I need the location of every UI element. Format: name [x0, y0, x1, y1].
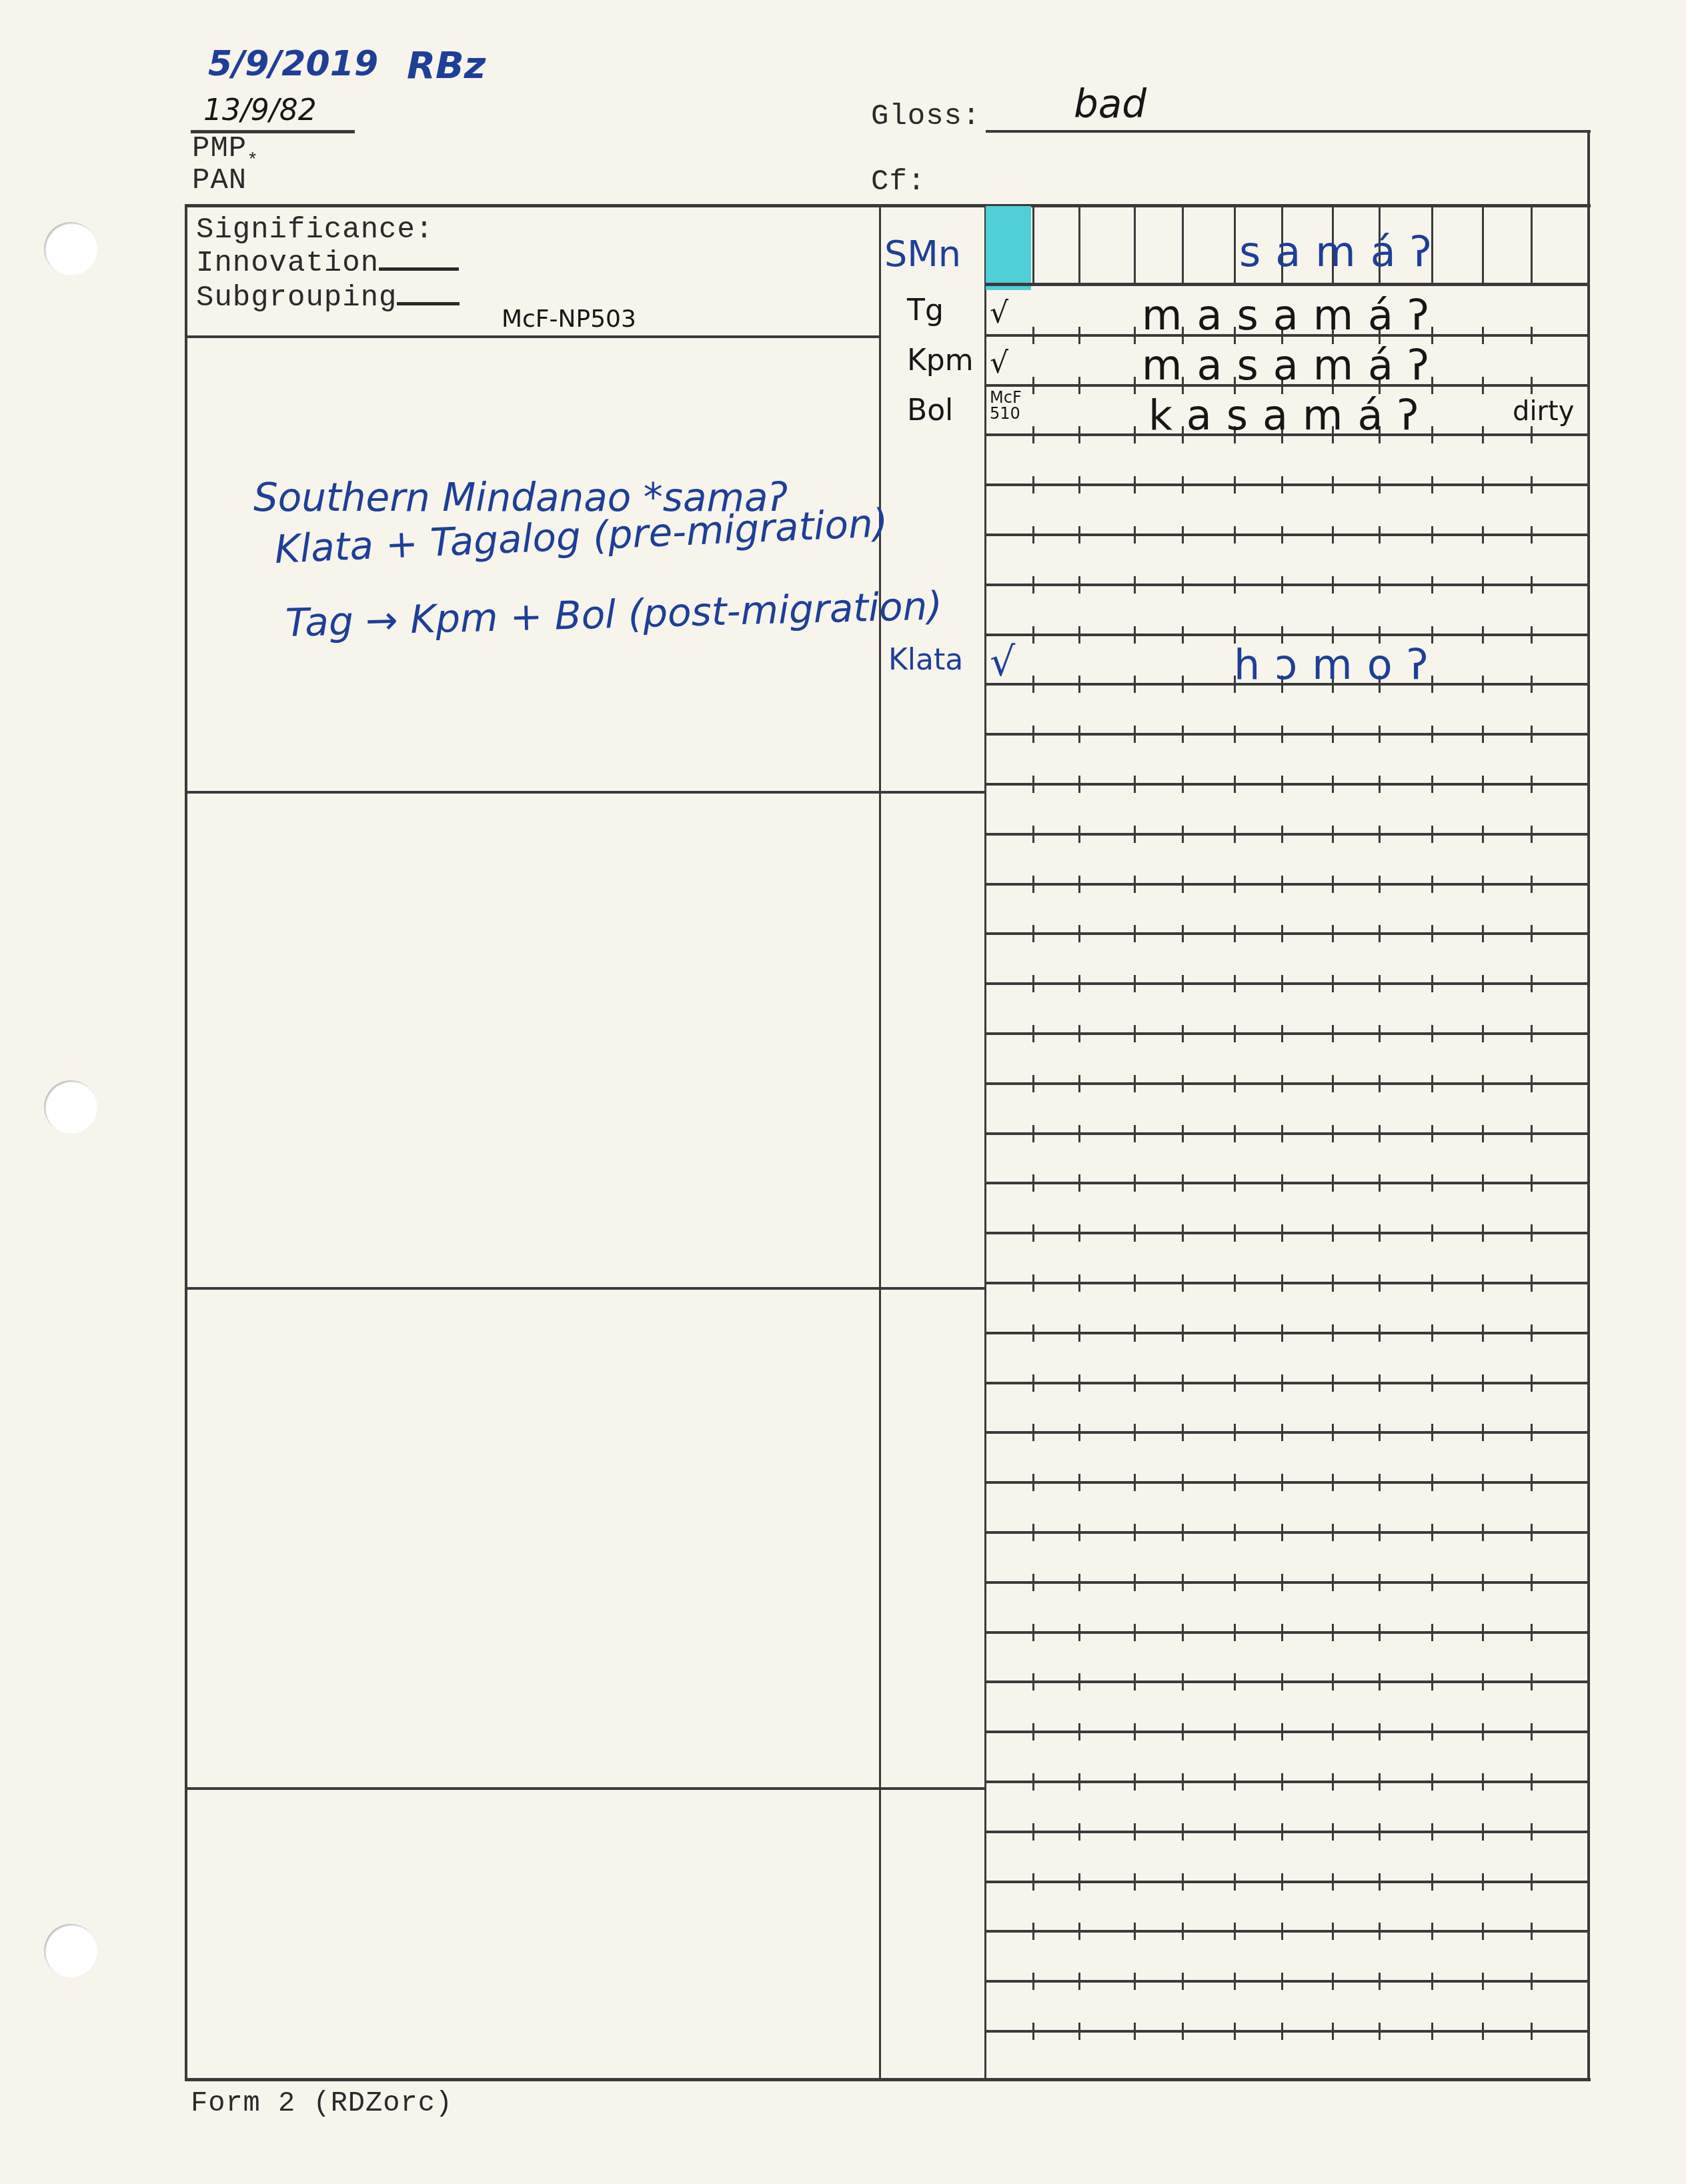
grid-tick: [1234, 1474, 1236, 1491]
grid-tick: [1032, 975, 1034, 992]
grid-tick: [1531, 1873, 1533, 1891]
grid-tick: [1032, 476, 1034, 493]
grid-tick: [1032, 1025, 1034, 1042]
grid-tick: [1234, 1374, 1236, 1392]
grid-tick: [1234, 526, 1236, 543]
grid-tick: [1281, 476, 1283, 493]
grid-tick: [1032, 1574, 1034, 1591]
grid-row-line: [986, 733, 1589, 736]
grid-tick: [1379, 726, 1381, 743]
grid-tick: [1182, 876, 1184, 893]
grid-tick: [1032, 526, 1034, 543]
grid-tick: [1531, 826, 1533, 843]
grid-tick: [1332, 1424, 1334, 1441]
grid-tick: [1134, 1274, 1136, 1292]
grid-tick: [1078, 1474, 1080, 1491]
grid-tick: [1032, 1075, 1034, 1092]
grid-tick: [1431, 1574, 1433, 1591]
grid-tick: [1182, 1973, 1184, 1990]
grid-tick: [1234, 1973, 1236, 1990]
grid-tick: [1078, 876, 1080, 893]
grid-tick: [1234, 1025, 1236, 1042]
grid-tick: [1032, 1524, 1034, 1541]
grid-tick: [1482, 1624, 1484, 1641]
grid-row-line: [986, 1082, 1589, 1085]
grid-tick: [1281, 1773, 1283, 1791]
grid-tick: [1234, 1873, 1236, 1891]
grid-tick: [1379, 925, 1381, 942]
innovation-label: Innovation: [196, 247, 459, 280]
grid-tick: [1281, 1374, 1283, 1392]
grid-tick: [1032, 2023, 1034, 2040]
grid-tick: [1032, 1274, 1034, 1292]
language-label: Kpm: [907, 343, 974, 377]
grid-tick: [1078, 626, 1080, 644]
gloss-value[interactable]: bad: [1074, 81, 1146, 127]
grid-row-line: [986, 1930, 1589, 1933]
grid-tick: [1482, 576, 1484, 594]
grid-tick: [1182, 1374, 1184, 1392]
grid-tick: [1431, 1923, 1433, 1940]
punch-hole-top: [44, 222, 97, 275]
grid-tick: [1531, 1075, 1533, 1092]
grid-header-bottom: [984, 283, 1589, 286]
grid-tick: [1032, 1624, 1034, 1641]
grid-tick: [1431, 576, 1433, 594]
grid-tick: [1531, 726, 1533, 743]
grid-tick: [1032, 925, 1034, 942]
grid-tick: [1182, 1823, 1184, 1841]
grid-tick: [1531, 626, 1533, 644]
grid-tick: [1032, 1823, 1034, 1841]
grid-tick: [1379, 1624, 1381, 1641]
grid-tick: [1431, 2023, 1433, 2040]
grid-tick: [1332, 925, 1334, 942]
grid-tick: [1281, 1723, 1283, 1741]
grid-tick: [1182, 1574, 1184, 1591]
grid-tick: [1078, 726, 1080, 743]
reflex-form[interactable]: masamáʔ: [1142, 291, 1444, 339]
grid-tick: [1134, 377, 1136, 394]
grid-tick: [1078, 1125, 1080, 1142]
grid-tick: [1482, 626, 1484, 644]
grid-tick: [1234, 975, 1236, 992]
grid-tick: [1182, 476, 1184, 493]
grid-tick: [1234, 826, 1236, 843]
note-line-3: Tag → Kpm + Bol (post-migration): [285, 583, 943, 646]
grid-tick: [1332, 1673, 1334, 1691]
grid-tick: [1482, 1075, 1484, 1092]
language-label: Klata: [888, 643, 963, 677]
grid-tick: [1379, 1723, 1381, 1741]
grid-tick: [1032, 676, 1034, 693]
grid-tick: [1482, 476, 1484, 493]
grid-tick: [1379, 1174, 1381, 1192]
grid-tick: [1182, 826, 1184, 843]
grid-tick: [1431, 1973, 1433, 1990]
reflex-form[interactable]: hɔmoʔ: [1234, 640, 1443, 689]
grid-row-line: [986, 1631, 1589, 1634]
grid-tick: [1182, 975, 1184, 992]
grid-tick: [1134, 1474, 1136, 1491]
grid-tick: [1281, 1524, 1283, 1541]
grid-tick: [1531, 1524, 1533, 1541]
grid-tick: [1482, 876, 1484, 893]
grid-row-line: [986, 1581, 1589, 1584]
frame-bottom: [185, 2078, 1591, 2081]
grid-tick: [1431, 1324, 1433, 1342]
grid-tick: [1431, 1474, 1433, 1491]
grid-tick: [1078, 1524, 1080, 1541]
grid-tick: [1134, 526, 1136, 543]
grid-tick: [1134, 1075, 1136, 1092]
grid-tick: [1431, 1174, 1433, 1192]
grid-row-line: [986, 1481, 1589, 1484]
grid-tick: [1332, 1075, 1334, 1092]
grid-tick: [1531, 1424, 1533, 1441]
language-label: Tg: [907, 293, 944, 327]
grid-tick: [1078, 1574, 1080, 1591]
grid-tick: [1134, 1574, 1136, 1591]
grid-tick: [1134, 1374, 1136, 1392]
grid-tick: [1134, 1773, 1136, 1791]
grid-tick: [1032, 1374, 1034, 1392]
grid-row-line: [986, 932, 1589, 935]
grid-tick: [1332, 1524, 1334, 1541]
gloss-underline: [986, 130, 1591, 133]
grid-tick: [1182, 1274, 1184, 1292]
grid-row-line: [986, 1881, 1589, 1883]
grid-tick: [1531, 1624, 1533, 1641]
grid-tick: [1234, 1574, 1236, 1591]
grid-tick: [1281, 1624, 1283, 1641]
grid-tick: [1431, 1823, 1433, 1841]
grid-tick: [1182, 1324, 1184, 1342]
grid-tick: [1379, 1274, 1381, 1292]
grid-tick: [1531, 1973, 1533, 1990]
grid-tick: [1078, 1424, 1080, 1441]
grid-tick: [1032, 1973, 1034, 1990]
grid-tick: [1134, 1723, 1136, 1741]
grid-tick: [1182, 1873, 1184, 1891]
grid-tick: [1431, 876, 1433, 893]
grid-tick: [1379, 1923, 1381, 1940]
grid-tick: [1431, 1125, 1433, 1142]
grid-tick: [1531, 876, 1533, 893]
grid-tick: [1078, 1673, 1080, 1691]
grid-tick: [1134, 876, 1136, 893]
grid-tick: [1379, 876, 1381, 893]
grid-tick: [1482, 1424, 1484, 1441]
grid-tick: [1134, 1524, 1136, 1541]
grid-tick: [1182, 2023, 1184, 2040]
grid-tick: [1078, 1873, 1080, 1891]
grid-row-line: [986, 634, 1589, 636]
grid-tick: [1134, 1873, 1136, 1891]
grid-tick: [1032, 1673, 1034, 1691]
handwritten-initials: RBz: [407, 44, 486, 87]
grid-tick: [1332, 1324, 1334, 1342]
grid-tick: [1482, 1174, 1484, 1192]
significance-reference: McF-NP503: [502, 305, 636, 333]
grid-tick: [1078, 1923, 1080, 1940]
section-divider-1: [185, 791, 985, 794]
grid-tick: [1531, 1673, 1533, 1691]
grid-tick: [1182, 1474, 1184, 1491]
grid-tick: [1234, 1673, 1236, 1691]
grid-tick: [1332, 1624, 1334, 1641]
grid-tick: [1234, 1125, 1236, 1142]
grid-tick: [1332, 1374, 1334, 1392]
grid-tick: [1482, 1025, 1484, 1042]
grid-tick: [1482, 1773, 1484, 1791]
grid-tick: [1134, 1973, 1136, 1990]
pan-label: PAN: [192, 164, 247, 197]
grid-tick: [1379, 1524, 1381, 1541]
grid-tick: [1332, 726, 1334, 743]
grid-tick: [1482, 526, 1484, 543]
header-cell-divider: [1182, 206, 1184, 284]
grid-tick: [1134, 726, 1136, 743]
grid-tick: [1032, 1873, 1034, 1891]
grid-tick: [1482, 2023, 1484, 2040]
source-reference: McF 510: [990, 389, 1030, 421]
grid-tick: [1531, 1274, 1533, 1292]
grid-tick: [1182, 676, 1184, 693]
label-column-left-divider: [879, 204, 881, 2079]
grid-tick: [1281, 1574, 1283, 1591]
grid-tick: [1078, 576, 1080, 594]
grid-tick: [1032, 1723, 1034, 1741]
grid-tick: [1234, 1524, 1236, 1541]
grid-tick: [1281, 876, 1283, 893]
grid-tick: [1379, 1873, 1381, 1891]
grid-tick: [1032, 327, 1034, 344]
grid-tick: [1431, 1224, 1433, 1242]
grid-tick: [1281, 1174, 1283, 1192]
grid-tick: [1078, 1224, 1080, 1242]
grid-row-line: [986, 2030, 1589, 2033]
grid-tick: [1379, 826, 1381, 843]
grid-row-line: [986, 1731, 1589, 1733]
grid-row-line: [986, 533, 1589, 536]
grid-tick: [1379, 1673, 1381, 1691]
handwritten-date: 5/9/2019: [208, 44, 378, 84]
grid-tick: [1134, 1174, 1136, 1192]
grid-tick: [1134, 776, 1136, 793]
grid-tick: [1078, 1823, 1080, 1841]
reflex-form[interactable]: kasamáʔ: [1148, 391, 1433, 439]
grid-tick: [1379, 1324, 1381, 1342]
grid-tick: [1332, 1474, 1334, 1491]
grid-tick: [1431, 526, 1433, 543]
grid-tick: [1234, 925, 1236, 942]
grid-tick: [1482, 377, 1484, 394]
grid-tick: [1531, 2023, 1533, 2040]
grid-tick: [1182, 776, 1184, 793]
grid-tick: [1032, 626, 1034, 644]
typed-date-value: 13/9/82: [203, 93, 317, 127]
grid-tick: [1482, 1274, 1484, 1292]
grid-tick: [1531, 1125, 1533, 1142]
grid-tick: [1234, 1224, 1236, 1242]
grid-tick: [1332, 1224, 1334, 1242]
grid-tick: [1531, 1923, 1533, 1940]
grid-tick: [1379, 1973, 1381, 1990]
grid-tick: [1182, 576, 1184, 594]
grid-tick: [1032, 1773, 1034, 1791]
grid-tick: [1431, 476, 1433, 493]
grid-tick: [1234, 1923, 1236, 1940]
subgrouping-blank[interactable]: [397, 282, 460, 305]
reflex-form[interactable]: masamáʔ: [1142, 341, 1444, 389]
grid-tick: [1134, 426, 1136, 443]
grid-tick: [1078, 1723, 1080, 1741]
grid-row-line: [986, 1132, 1589, 1135]
grid-tick: [1482, 1673, 1484, 1691]
grid-tick: [1431, 1624, 1433, 1641]
grid-row-line: [986, 1382, 1589, 1384]
grid-tick: [1281, 1025, 1283, 1042]
grid-tick: [1531, 1374, 1533, 1392]
grid-tick: [1281, 826, 1283, 843]
grid-tick: [1078, 327, 1080, 344]
grid-tick: [1032, 826, 1034, 843]
grid-tick: [1431, 1075, 1433, 1092]
grid-tick: [1431, 1025, 1433, 1042]
grid-tick: [1032, 1224, 1034, 1242]
grid-tick: [1182, 1224, 1184, 1242]
grid-tick: [1032, 377, 1034, 394]
grid-tick: [1332, 1025, 1334, 1042]
grid-tick: [1078, 476, 1080, 493]
grid-tick: [1482, 1125, 1484, 1142]
grid-tick: [1531, 476, 1533, 493]
grid-tick: [1134, 1624, 1136, 1641]
grid-tick: [1332, 876, 1334, 893]
grid-tick: [1234, 876, 1236, 893]
grid-tick: [1379, 1474, 1381, 1491]
highlighter-mark: [986, 206, 1031, 290]
grid-tick: [1332, 776, 1334, 793]
header-cell-divider: [1032, 206, 1034, 284]
grid-tick: [1332, 1274, 1334, 1292]
grid-tick: [1531, 327, 1533, 344]
grid-tick: [1234, 476, 1236, 493]
grid-tick: [1078, 826, 1080, 843]
reflex-form[interactable]: samáʔ: [1239, 227, 1446, 276]
grid-row-line: [986, 1332, 1589, 1334]
grid-row-line: [986, 1032, 1589, 1035]
grid-tick: [1332, 1174, 1334, 1192]
grid-tick: [1234, 1723, 1236, 1741]
grid-tick: [1234, 1424, 1236, 1441]
grid-tick: [1482, 676, 1484, 693]
grid-tick: [1134, 1025, 1136, 1042]
grid-tick: [1379, 576, 1381, 594]
grid-tick: [1078, 377, 1080, 394]
grid-tick: [1431, 1723, 1433, 1741]
grid-tick: [1281, 1125, 1283, 1142]
grid-tick: [1379, 1374, 1381, 1392]
punch-hole-middle: [44, 1080, 97, 1134]
grid-tick: [1482, 1873, 1484, 1891]
subgrouping-text: Subgrouping: [196, 281, 397, 315]
grid-tick: [1182, 1524, 1184, 1541]
grid-tick: [1234, 1773, 1236, 1791]
grid-tick: [1379, 1224, 1381, 1242]
grid-tick: [1032, 1174, 1034, 1192]
grid-row-line: [986, 1282, 1589, 1284]
grid-row-line: [986, 1980, 1589, 1983]
grid-tick: [1182, 726, 1184, 743]
grid-tick: [1281, 726, 1283, 743]
grid-tick: [1182, 1673, 1184, 1691]
header-cell-divider: [1234, 206, 1236, 284]
checkmark-icon: √: [990, 346, 1008, 380]
grid-tick: [1281, 526, 1283, 543]
grid-tick: [1032, 876, 1034, 893]
grid-tick: [1078, 1324, 1080, 1342]
grid-tick: [1332, 476, 1334, 493]
grid-tick: [1482, 826, 1484, 843]
innovation-text: Innovation: [196, 247, 379, 280]
grid-tick: [1332, 1723, 1334, 1741]
grid-tick: [1032, 776, 1034, 793]
grid-tick: [1531, 1823, 1533, 1841]
frame-left: [185, 204, 187, 2080]
grid-tick: [1531, 1723, 1533, 1741]
grid-tick: [1234, 1324, 1236, 1342]
grid-tick: [1078, 776, 1080, 793]
grid-tick: [1234, 1075, 1236, 1092]
grid-tick: [1332, 1574, 1334, 1591]
grid-tick: [1482, 1224, 1484, 1242]
grid-tick: [1482, 327, 1484, 344]
grid-tick: [1134, 327, 1136, 344]
grid-tick: [1032, 1324, 1034, 1342]
grid-tick: [1531, 576, 1533, 594]
grid-tick: [1134, 476, 1136, 493]
grid-tick: [1531, 1324, 1533, 1342]
grid-tick: [1078, 1075, 1080, 1092]
grid-tick: [1078, 676, 1080, 693]
grid-tick: [1332, 826, 1334, 843]
grid-row-line: [986, 1681, 1589, 1683]
grid-tick: [1078, 1773, 1080, 1791]
innovation-blank[interactable]: [379, 247, 459, 271]
grid-tick: [1431, 1873, 1433, 1891]
grid-tick: [1482, 776, 1484, 793]
grid-tick: [1332, 975, 1334, 992]
grid-tick: [1332, 1773, 1334, 1791]
grid-tick: [1134, 1324, 1136, 1342]
grid-tick: [1281, 975, 1283, 992]
grid-tick: [1134, 1673, 1136, 1691]
grid-tick: [1182, 1174, 1184, 1192]
grid-tick: [1482, 1973, 1484, 1990]
checkmark-icon: √: [990, 639, 1015, 686]
pmp-label: PMP*: [192, 132, 259, 165]
grid-tick: [1281, 925, 1283, 942]
grid-tick: [1431, 1773, 1433, 1791]
grid-tick: [1032, 1424, 1034, 1441]
grid-tick: [1332, 526, 1334, 543]
grid-tick: [1134, 826, 1136, 843]
grid-tick: [1531, 377, 1533, 394]
grid-tick: [1482, 1524, 1484, 1541]
gloss-note: dirty: [1513, 396, 1574, 427]
